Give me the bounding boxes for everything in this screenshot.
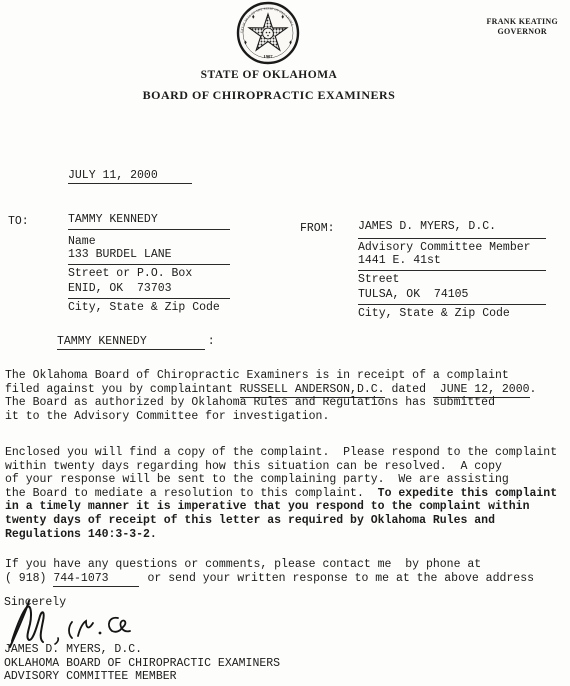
p2-line5: in a timely manner it is imperative that… <box>5 500 569 514</box>
to-name-label: Name <box>68 235 230 249</box>
org-name-line1: STATE OF OKLAHOMA <box>0 69 538 83</box>
p2-line4-normal: the Board to mediate a resolution to thi… <box>5 487 378 500</box>
from-street-value: 1441 E. 41st <box>358 254 546 271</box>
scanned-letter-page: FRANK KEATING GOVERNOR GREAT SEAL OF THE… <box>0 0 570 686</box>
p1-line2-text-a: filed against you by complaintant <box>5 383 240 396</box>
governor-name: FRANK KEATING <box>486 17 558 27</box>
from-name-value: JAMES D. MYERS, D.C. <box>358 220 546 239</box>
p2-line6: twenty days of receipt of this letter as… <box>5 514 569 528</box>
p2-line4-bold: To expedite this complaint <box>378 487 557 500</box>
p1-line3: The Board as authorized by Oklahoma Rule… <box>5 396 567 410</box>
from-city-label: City, State & Zip Code <box>358 307 546 321</box>
signer-name: JAMES D. MYERS, D.C. <box>4 643 280 657</box>
p2-line4: the Board to mediate a resolution to thi… <box>5 487 569 501</box>
from-name-label: Advisory Committee Member <box>358 241 546 255</box>
salutation-line: TAMMY KENNEDY: <box>57 335 215 349</box>
signer-title: ADVISORY COMMITTEE MEMBER <box>4 670 280 684</box>
governor-title: GOVERNOR <box>486 27 558 37</box>
p3-line1: If you have any questions or comments, p… <box>5 558 569 572</box>
oklahoma-state-seal-icon: GREAT SEAL OF THE STATE OF OKLAHOMA 1907 <box>236 1 300 65</box>
p2-line7: Regulations 140:3-3-2. <box>5 528 569 542</box>
to-city-value: ENID, OK 73703 <box>68 282 230 299</box>
date-value: JULY 11, 2000 <box>68 169 192 184</box>
to-name-value: TAMMY KENNEDY <box>68 213 230 230</box>
to-city-label: City, State & Zip Code <box>68 301 230 315</box>
p2-line1: Enclosed you will find a copy of the com… <box>5 446 569 460</box>
p1-line2: filed against you by complaintant RUSSEL… <box>5 383 567 397</box>
from-street-label: Street <box>358 273 546 287</box>
p2-line2: within twenty days regarding how this si… <box>5 460 569 474</box>
p3-line2-text-c: or send your written response to me at t… <box>148 572 534 585</box>
from-label: FROM: <box>300 222 335 236</box>
to-street-value: 133 BURDEL LANE <box>68 248 230 265</box>
date-line: JULY 11, 2000 <box>68 169 192 183</box>
from-city-value: TULSA, OK 74105 <box>358 288 546 305</box>
to-label: TO: <box>8 215 29 229</box>
signature-block: JAMES D. MYERS, D.C. OKLAHOMA BOARD OF C… <box>4 643 280 684</box>
body-paragraph-2: Enclosed you will find a copy of the com… <box>5 446 569 541</box>
from-address-block: JAMES D. MYERS, D.C. Advisory Committee … <box>358 220 546 321</box>
phone-number-underlined: 744-1073 <box>53 572 138 587</box>
p3-line2: ( 918) 744-1073or send your written resp… <box>5 572 569 586</box>
org-name-line2: BOARD OF CHIROPRACTIC EXAMINERS <box>0 89 538 103</box>
to-address-block: TAMMY KENNEDY Name 133 BURDEL LANE Stree… <box>68 213 230 315</box>
p1-line2-text-c: dated <box>385 383 433 396</box>
p1-line1: The Oklahoma Board of Chiropractic Exami… <box>5 369 567 383</box>
p2-line3: of your response will be sent to the com… <box>5 473 569 487</box>
p1-line2-text-e: . <box>530 383 537 396</box>
phone-area-code: ( 918) <box>5 572 53 585</box>
body-paragraph-3: If you have any questions or comments, p… <box>5 558 569 585</box>
seal-year: 1907 <box>263 54 273 59</box>
salutation-punct: : <box>208 335 215 348</box>
governor-block: FRANK KEATING GOVERNOR <box>486 17 558 37</box>
salutation-name: TAMMY KENNEDY <box>57 335 205 350</box>
body-paragraph-1: The Oklahoma Board of Chiropractic Exami… <box>5 369 567 423</box>
to-street-label: Street or P.O. Box <box>68 267 230 281</box>
signer-org: OKLAHOMA BOARD OF CHIROPRACTIC EXAMINERS <box>4 657 280 671</box>
p1-line4: it to the Advisory Committee for investi… <box>5 410 567 424</box>
